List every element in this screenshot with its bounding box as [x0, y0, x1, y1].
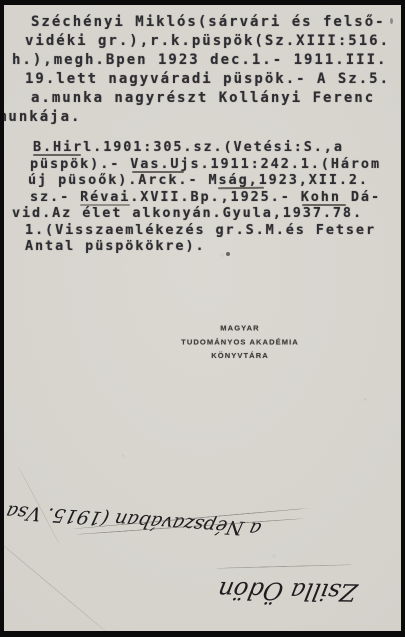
ink-dot	[226, 252, 230, 256]
handwritten-text: Zsilla Ödön	[215, 576, 359, 606]
typewritten-line: Széchényi Miklós(sárvári és felső-	[31, 13, 401, 32]
typewritten-line: h.),megh.Bpen 1923 dec.1.- 1911.III.	[12, 51, 401, 70]
stamp-line: MAGYAR	[154, 322, 327, 336]
typewritten-line: püspök).- Vas.Ujs.1911:242.1.(Három	[30, 156, 401, 173]
library-stamp: MAGYAR TUDOMÁNYOS AKADÉMIA KÖNYVTÁRA	[154, 322, 327, 363]
typewritten-line: 1.(Visszaemlékezés gr.S.M.és Fetser	[25, 222, 401, 239]
handwritten-note-crossed-out: a Népszavában (1915. Vsa	[55, 504, 261, 540]
pencil-line	[216, 564, 352, 569]
paper-speck	[390, 18, 393, 24]
typewritten-line: 19.lett nagyváradi püspök.- A Sz.5.	[25, 70, 401, 89]
paper-speck	[368, 93, 371, 96]
bibliography-paragraph: B.Hirl.1901:305.sz.(Vetési:S.,a püspök).…	[4, 139, 401, 255]
handwritten-name: Zsilla Ödön	[207, 576, 357, 607]
stamp-line: KÖNYVTÁRA	[154, 349, 327, 363]
underline-mark	[80, 204, 130, 206]
typewritten-line: a.munka nagyrészt Kollányi Ferenc	[31, 89, 401, 108]
underline-mark	[132, 171, 184, 173]
typewritten-line: vidéki gr.),r.k.püspök(Sz.XIII:516.	[25, 32, 401, 51]
typewritten-line: Antal püspökökre).	[25, 238, 401, 255]
biography-paragraph: Széchényi Miklós(sárvári és felső- vidék…	[4, 13, 401, 127]
typewritten-line: sz.- Révai.XVII.Bp.,1925.- Kohn Dá-	[30, 189, 401, 206]
stamp-line: TUDOMÁNYOS AKADÉMIA	[154, 336, 327, 350]
typewritten-line: vid.Az élet alkonyán.Gyula,1937.78.	[12, 205, 401, 222]
typewritten-line: új püsoők).Arck.- Mság,1923,XII.2.	[28, 172, 401, 189]
underline-mark	[33, 154, 81, 156]
typewritten-line: munkája.	[4, 108, 401, 127]
catalog-card: Széchényi Miklós(sárvári és felső- vidék…	[4, 5, 401, 631]
scanned-photo-frame: Széchényi Miklós(sárvári és felső- vidék…	[0, 0, 405, 637]
handwritten-text: a Népszavában (1915. Vsa	[4, 501, 263, 540]
underline-mark	[302, 204, 346, 206]
typewritten-line: B.Hirl.1901:305.sz.(Vetési:S.,a	[33, 139, 401, 156]
paper-crease	[4, 537, 109, 631]
underline-mark	[218, 187, 264, 189]
